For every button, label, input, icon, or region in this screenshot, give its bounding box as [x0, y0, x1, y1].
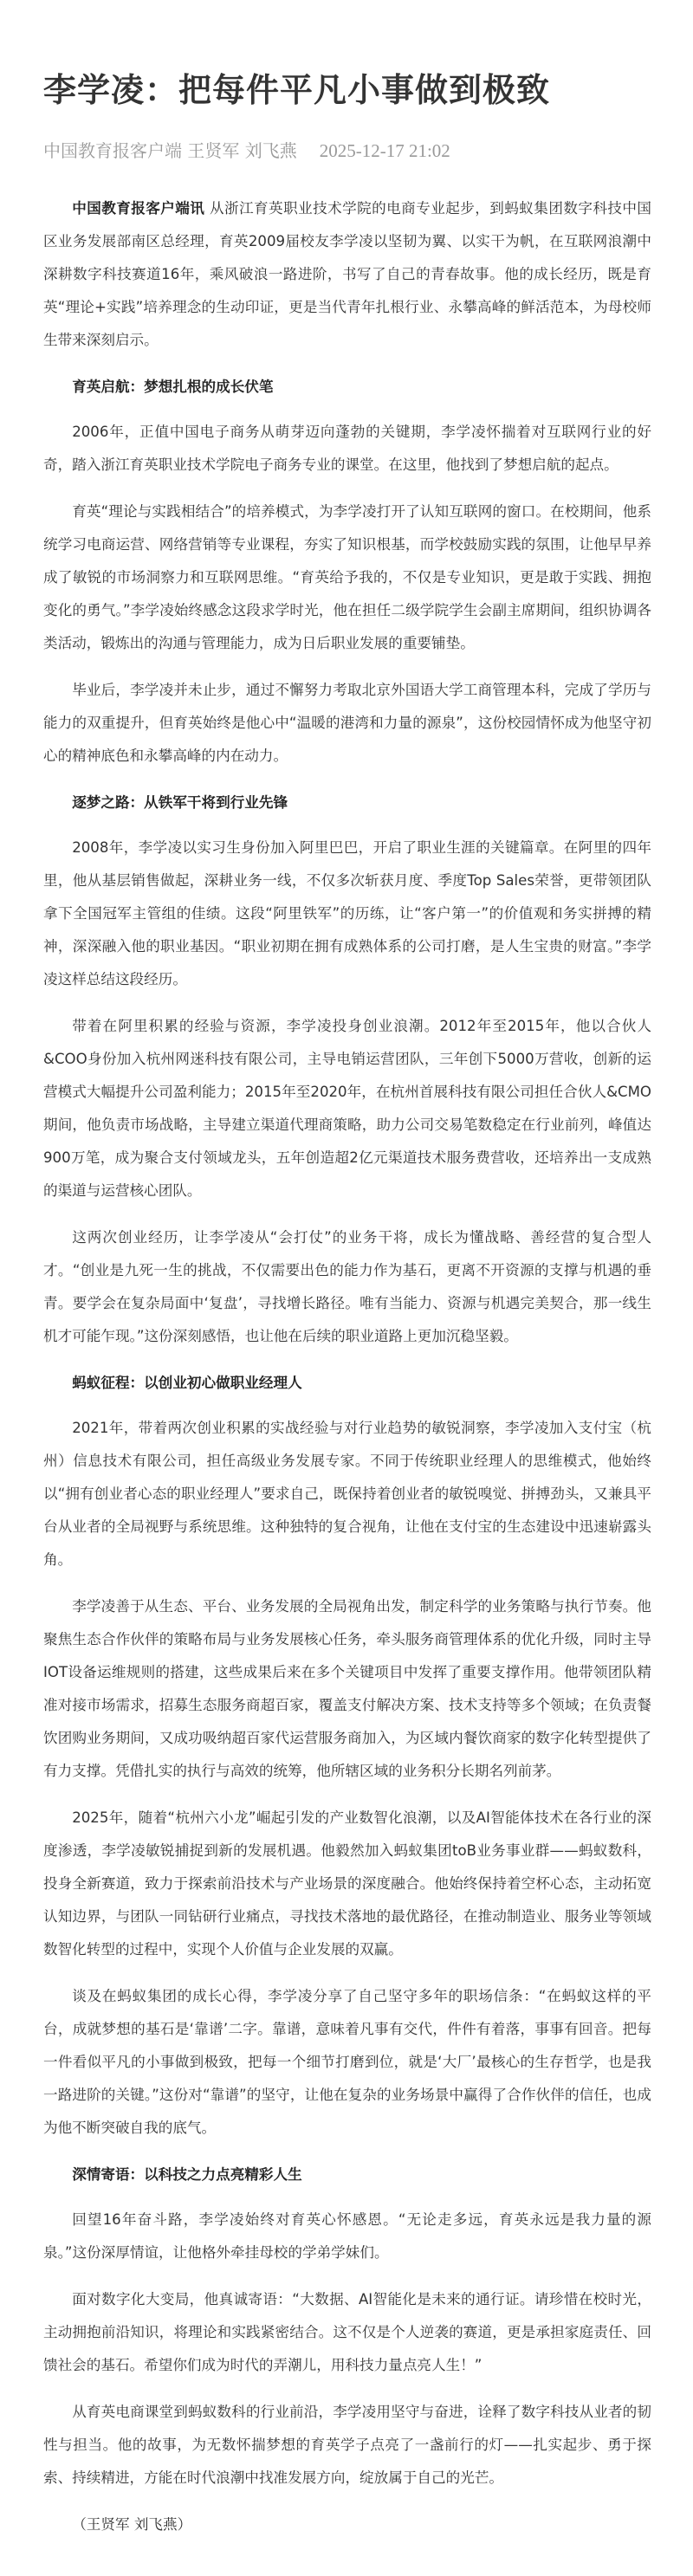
paragraph: 谈及在蚂蚁集团的成长心得，李学凌分享了自己坚守多年的职场信条：“在蚂蚁这样的平台… [43, 1980, 651, 2145]
article: 李学凌：把每件平凡小事做到极致 中国教育报客户端 王贤军 刘飞燕2025-12-… [0, 0, 693, 2576]
paragraph: 李学凌善于从生态、平台、业务发展的全局视角出发，制定科学的业务策略与执行节奏。他… [43, 1590, 651, 1788]
paragraph: 回望16年奋斗路，李学凌始终对育英心怀感恩。“无论走多远，育英永远是我力量的源泉… [43, 2204, 651, 2269]
intro-text: 从浙江育英职业技术学院的电商专业起步，到蚂蚁集团数字科技中国区业务发展部南区总经… [43, 200, 651, 348]
publish-datetime: 2025-12-17 21:02 [320, 140, 450, 161]
section-heading: 育英启航：梦想扎根的成长伏笔 [43, 371, 651, 404]
article-body: 中国教育报客户端讯 从浙江育英职业技术学院的电商专业起步，到蚂蚁集团数字科技中国… [43, 192, 651, 2541]
intro-paragraph: 中国教育报客户端讯 从浙江育英职业技术学院的电商专业起步，到蚂蚁集团数字科技中国… [43, 192, 651, 357]
dateline-lead: 中国教育报客户端讯 [72, 200, 204, 217]
section-heading: 蚂蚁征程：以创业初心做职业经理人 [43, 1367, 651, 1400]
paragraph: 2006年，正值中国电子商务从萌芽迈向蓬勃的关键期，李学凌怀揣着对互联网行业的好… [43, 416, 651, 482]
source-authors: 中国教育报客户端 王贤军 刘飞燕 [43, 140, 297, 161]
paragraph: 2025年，随着“杭州六小龙”崛起引发的产业数智化浪潮，以及AI智能体技术在各行… [43, 1802, 651, 1966]
paragraph: 带着在阿里积累的经验与资源，李学凌投身创业浪潮。2012年至2015年，他以合伙… [43, 1010, 651, 1207]
author-signature: （王贤军 刘飞燕） [43, 2508, 651, 2541]
paragraph: 从育英电商课堂到蚂蚁数科的行业前沿，李学凌用坚守与奋进，诠释了数字科技从业者的韧… [43, 2396, 651, 2495]
paragraph: 毕业后，李学凌并未止步，通过不懈努力考取北京外国语大学工商管理本科，完成了学历与… [43, 674, 651, 773]
paragraph: 2021年，带着两次创业积累的实战经验与对行业趋势的敏锐洞察，李学凌加入支付宝（… [43, 1412, 651, 1576]
article-title: 李学凌：把每件平凡小事做到极致 [43, 68, 651, 113]
section-heading: 逐梦之路：从铁军干将到行业先锋 [43, 786, 651, 819]
paragraph: 这两次创业经历，让李学凌从“会打仗”的业务干将，成长为懂战略、善经营的复合型人才… [43, 1221, 651, 1353]
section-heading: 深情寄语：以科技之力点亮精彩人生 [43, 2159, 651, 2191]
paragraph: 面对数字化大变局，他真诚寄语：“大数据、AI智能化是未来的通行证。请珍惜在校时光… [43, 2283, 651, 2382]
article-meta: 中国教育报客户端 王贤军 刘飞燕2025-12-17 21:02 [43, 139, 651, 163]
paragraph: 育英“理论与实践相结合”的培养模式，为李学凌打开了认知互联网的窗口。在校期间，他… [43, 495, 651, 660]
paragraph: 2008年，李学凌以实习生身份加入阿里巴巴，开启了职业生涯的关键篇章。在阿里的四… [43, 832, 651, 996]
